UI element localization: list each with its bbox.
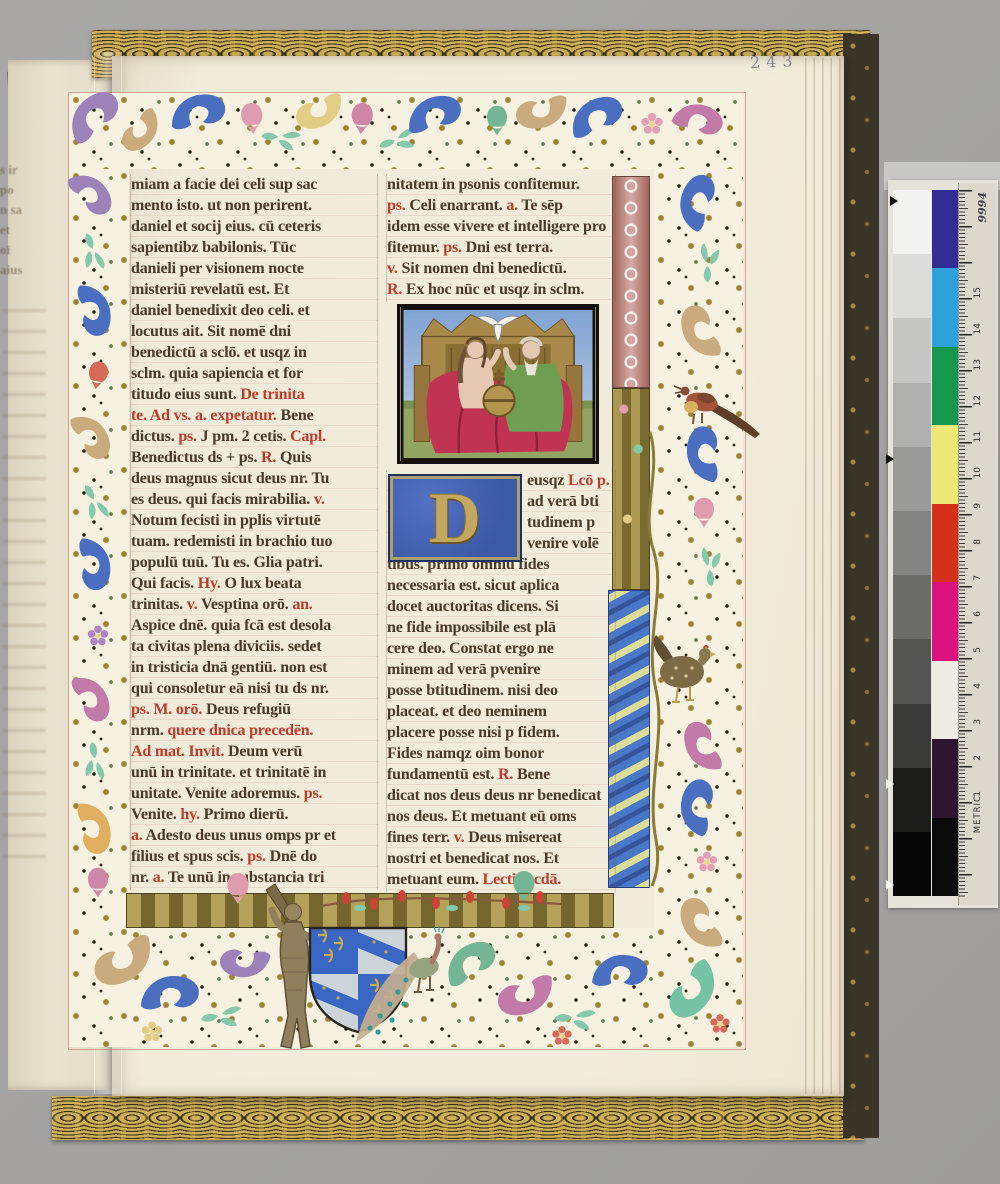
rubric-text: v. [314, 491, 325, 508]
text-column-right-top: nitatem in psonis confitemur.ps. Celi en… [386, 174, 616, 302]
ruler-number: 3 [973, 719, 983, 725]
ruler-number: 7 [973, 575, 983, 581]
folio-number: 243 [750, 51, 799, 73]
manuscript-line: titudo eius sunt. De trinita [131, 384, 377, 405]
manuscript-line: Aspice dnē. quia fcā est desola [131, 615, 377, 636]
rubric-text: a. [131, 827, 143, 844]
manuscript-line: cere deo. Constat ergo ne [387, 638, 615, 659]
ruler-number: 13 [973, 359, 983, 370]
ink-text: Bene [513, 766, 550, 783]
manuscript-line: benedictū a sclō. et usqz in [131, 342, 377, 363]
ink-text: mento isto. ut non perirent. [131, 197, 312, 214]
manuscript-line: te. Ad vs. a. expetatur. Bene [131, 405, 377, 426]
border-band-left [69, 169, 129, 1047]
manuscript-line: nr. a. Te unū in substancia tri [131, 867, 377, 888]
manuscript-line: ps. M. orō. Deus refugiū [131, 699, 377, 720]
manuscript-line: sapientibz babilonis. Tūc [131, 237, 377, 258]
ink-text: dictus. [131, 428, 178, 445]
photograph-of-manuscript: s irpon saetoīaius 243 miam a facie dei … [0, 0, 1000, 1184]
manuscript-line: v. Sit nomen dni benedictū. [387, 258, 615, 279]
color-step [893, 447, 931, 511]
manuscript-line: fitemur. ps. Dni est terra. [387, 237, 615, 258]
ink-text: Fides namqz oim bonor [387, 745, 544, 762]
rubric-text: ps. [178, 428, 197, 445]
manuscript-line: mento isto. ut non perirent. [131, 195, 377, 216]
manuscript-line: qui consoletur eā nisi tu ds nr. [131, 678, 377, 699]
ink-text: sapientibz babilonis. Tūc [131, 239, 296, 256]
manuscript-line: sclm. quia sapiencia et for [131, 363, 377, 384]
ink-text: qui consoletur eā nisi tu ds nr. [131, 680, 329, 697]
manuscript-line: necessaria est. sicut aplica [387, 575, 615, 596]
ruler-number: 14 [973, 323, 983, 334]
manuscript-line: placere posse nisi p fidem. [387, 722, 615, 743]
ink-text: J pm. 2 cetis. [197, 428, 290, 445]
rubric-text: De trinita [240, 386, 304, 403]
rubric-text: a. [153, 869, 165, 886]
ink-text: miam a facie dei celi sup sac [131, 176, 317, 193]
rubric-text: a. [506, 197, 518, 214]
color-step [893, 190, 931, 254]
illuminated-initial-letter: D [429, 482, 481, 554]
bleed-line: n sa [0, 200, 50, 220]
ink-text: fundamentū est. [387, 766, 498, 783]
ink-text: placeat. et deo neminem [387, 703, 547, 720]
ink-text: es deus. qui facis mirabilia. [131, 491, 314, 508]
ink-text: cere deo. Constat ergo ne [387, 640, 554, 657]
manuscript-line: Fides namqz oim bonor [387, 743, 615, 764]
ruler-number: 8 [973, 539, 983, 545]
color-step [893, 704, 931, 768]
color-step [893, 639, 931, 703]
border-band-right [654, 169, 743, 1047]
ink-text: nr. [131, 869, 153, 886]
rubric-text: ps. M. orō. [131, 701, 202, 718]
ink-text: Deus refugiū [202, 701, 291, 718]
color-step [932, 504, 960, 582]
rubric-text: an. [292, 596, 312, 613]
manuscript-line: metuant eum. Lectio scdā. [387, 869, 615, 890]
rubric-text: Ad mat. Invit. [131, 743, 224, 760]
ink-text: Venite. [131, 806, 180, 823]
manuscript-line: docet auctoritas dicens. Si [387, 596, 615, 617]
color-step [932, 190, 960, 268]
color-step [893, 575, 931, 639]
rubric-text: Lectio scdā. [483, 871, 561, 888]
manuscript-line: es deus. qui facis mirabilia. v. [131, 489, 377, 510]
ink-text: tudinem p [527, 514, 595, 531]
rubric-text: ps. [443, 239, 462, 256]
ink-text: placere posse nisi p fidem. [387, 724, 560, 741]
manuscript-line: ta civitas plena diviciis. sedet [131, 636, 377, 657]
manuscript-line: Venite. hy. Primo dierū. [131, 804, 377, 825]
rubric-text: Capl. [290, 428, 326, 445]
ink-text: Quis [276, 449, 311, 466]
ink-text: nrm. [131, 722, 167, 739]
manuscript-line: Qui facis. Hy. O lux beata [131, 573, 377, 594]
rubric-text: R. [261, 449, 276, 466]
ink-text: posse btitudinem. nisi deo [387, 682, 558, 699]
ruler-number: 4 [973, 683, 983, 689]
ruler-number: 2 [973, 755, 983, 761]
ink-text: daniel et socij eius. cū ceteris [131, 218, 321, 235]
ink-text: Primo dierū. [200, 806, 289, 823]
ink-text: docet auctoritas dicens. Si [387, 598, 558, 615]
ink-text: Benedictus ds + ps. [131, 449, 261, 466]
ink-text: nos deus. Et metuant eū oms [387, 808, 576, 825]
manuscript-line: a. Adesto deus unus omps pr et [131, 825, 377, 846]
handwritten-note: 9994 [976, 192, 989, 223]
illuminated-initial-panel: D [388, 474, 522, 562]
ink-text: necessaria est. sicut aplica [387, 577, 559, 594]
color-step [893, 318, 931, 382]
manuscript-line: miam a facie dei celi sup sac [131, 174, 377, 195]
rubric-text: v. [454, 829, 465, 846]
rubric-text: te. Ad vs. a. expetatur. [131, 407, 277, 424]
manuscript-line: ps. Celi enarrant. a. Te sēp [387, 195, 615, 216]
bleed-through-smudge [2, 300, 46, 870]
rubric-text: Hy. [198, 575, 221, 592]
manuscript-line: nos deus. Et metuant eū oms [387, 806, 615, 827]
ink-text: minem ad verā pvenire [387, 661, 540, 678]
ink-text: Dnē do [266, 848, 317, 865]
ink-text: populū tuū. Tu es. Glia patri. [131, 554, 322, 571]
ink-text: titudo eius sunt. [131, 386, 240, 403]
ruler-metric-label: METRIC [973, 795, 983, 833]
ruler-number: 10 [973, 467, 983, 478]
color-step [932, 582, 960, 660]
text-column-left: miam a facie dei celi sup sacmento isto.… [130, 174, 378, 890]
ink-text: sclm. quia sapiencia et for [131, 365, 303, 382]
ruler-major-ticks [959, 190, 972, 898]
bleed-through-text: s irpon saetoīaius [0, 160, 50, 300]
rubric-text: R. [387, 281, 402, 298]
rubric-text: R. [498, 766, 513, 783]
ink-text: unū in trinitate. et trinitatē in [131, 764, 326, 781]
page-stack-edges [798, 58, 846, 1094]
manuscript-line: nostri et benedicat nos. Et [387, 848, 615, 869]
rubric-text: ps. [304, 785, 323, 802]
ink-text: trinitas. [131, 596, 187, 613]
ink-text: Aspice dnē. quia fcā est desola [131, 617, 331, 634]
manuscript-line: populū tuū. Tu es. Glia patri. [131, 552, 377, 573]
ink-text: O lux beata [221, 575, 302, 592]
color-step [893, 832, 931, 896]
ink-text: Adesto deus unus omps pr et [143, 827, 336, 844]
rubric-text: Lcō p. [568, 472, 609, 489]
ruler-number: 15 [973, 287, 983, 298]
color-patch-column [932, 190, 960, 896]
ink-text: Te unū in substancia tri [164, 869, 324, 886]
ink-text: Qui facis. [131, 575, 198, 592]
ink-text: nostri et benedicat nos. Et [387, 850, 559, 867]
ink-text: nitatem in psonis confitemur. [387, 176, 580, 193]
manuscript-line: filius et spus scis. ps. Dnē do [131, 846, 377, 867]
manuscript-line: tuam. redemisti in brachio tuo [131, 531, 377, 552]
gold-filler-block [612, 388, 650, 590]
border-band-bottom [129, 928, 654, 1047]
ink-text: Sit nomen dni benedictū. [398, 260, 567, 277]
gold-bar-ornament [126, 893, 614, 928]
ink-text: filius et spus scis. [131, 848, 247, 865]
manuscript-line: locutus ait. Sit nomē dni [131, 321, 377, 342]
ink-text: Vesptina orō. [198, 596, 293, 613]
manuscript-line: ne fide impossibile est plā [387, 617, 615, 638]
rubric-text: quere dnica precedēn. [167, 722, 313, 739]
manuscript-line: trinitas. v. Vesptina orō. an. [131, 594, 377, 615]
manuscript-line: misteriū revelatū est. Et [131, 279, 377, 300]
color-step [893, 383, 931, 447]
ink-text: Te sēp [518, 197, 563, 214]
manuscript-line: danieli per visionem nocte [131, 258, 377, 279]
color-step [932, 347, 960, 425]
bleed-line: oī [0, 240, 50, 260]
color-step [893, 768, 931, 832]
pink-filler-bar [612, 176, 650, 388]
ink-text: misteriū revelatū est. Et [131, 281, 289, 298]
ink-text: daniel benedixit deo celi. et [131, 302, 310, 319]
color-step [932, 739, 960, 817]
ruler-number: 12 [973, 395, 983, 406]
black-index-arrow [886, 454, 894, 464]
ink-text: Ex hoc nūc et usqz in sclm. [402, 281, 584, 298]
color-step [932, 818, 960, 896]
manuscript-line: unitate. Venite adoremus. ps. [131, 783, 377, 804]
ink-text: Bene [277, 407, 314, 424]
ink-text: Deus misereat [464, 829, 561, 846]
black-index-arrow [890, 196, 898, 206]
ruler-number: 6 [973, 611, 983, 617]
color-step [893, 254, 931, 318]
ink-text: eusqz [527, 472, 568, 489]
ink-text: fines terr. [387, 829, 454, 846]
ink-text: idem esse vivere et intelligere pro [387, 218, 606, 235]
book-cover-right-edge [843, 34, 879, 1138]
manuscript-line: nrm. quere dnica precedēn. [131, 720, 377, 741]
manuscript-line: fines terr. v. Deus misereat [387, 827, 615, 848]
color-step [932, 425, 960, 503]
ink-text: venire volē [527, 535, 599, 552]
manuscript-line: Notum fecisti in pplis virtutē [131, 510, 377, 531]
bleed-line: s ir [0, 160, 50, 180]
white-index-arrow [886, 880, 894, 890]
ruler-number: 11 [973, 431, 983, 442]
miniature-trinity-enthroned [397, 304, 599, 464]
gilded-bottom-edge [52, 1096, 864, 1140]
border-band-top [69, 93, 743, 169]
ink-text: tuam. redemisti in brachio tuo [131, 533, 332, 550]
ruler-number: 5 [973, 647, 983, 653]
bleed-line: aius [0, 260, 50, 280]
manuscript-line: posse btitudinem. nisi deo [387, 680, 615, 701]
ink-text: ta civitas plena diviciis. sedet [131, 638, 321, 655]
color-step [932, 268, 960, 346]
manuscript-line: deus magnus sicut deus nr. Tu [131, 468, 377, 489]
ruler-number: 9 [973, 503, 983, 509]
bleed-line: et [0, 220, 50, 240]
ink-text: ne fide impossibile est plā [387, 619, 556, 636]
manuscript-line: daniel et socij eius. cū ceteris [131, 216, 377, 237]
ink-text: Deum verū [224, 743, 302, 760]
manuscript-line: daniel benedixit deo celi. et [131, 300, 377, 321]
ink-text: unitate. Venite adoremus. [131, 785, 304, 802]
manuscript-line: idem esse vivere et intelligere pro [387, 216, 615, 237]
bleed-line: po [0, 180, 50, 200]
color-step [893, 511, 931, 575]
rubric-text: hy. [180, 806, 199, 823]
manuscript-line: fundamentū est. R. Bene [387, 764, 615, 785]
ink-text: metuant eum. [387, 871, 483, 888]
ink-text: Notum fecisti in pplis virtutē [131, 512, 321, 529]
ink-text: ad verā bti [527, 493, 599, 510]
ink-text: Celi enarrant. [406, 197, 507, 214]
rubric-text: ps. [247, 848, 266, 865]
ink-text: fitemur. [387, 239, 443, 256]
manuscript-line: dictus. ps. J pm. 2 cetis. Capl. [131, 426, 377, 447]
rubric-text: v. [187, 596, 198, 613]
manuscript-line: nitatem in psonis confitemur. [387, 174, 615, 195]
rubric-text: ps. [387, 197, 406, 214]
ink-text: deus magnus sicut deus nr. Tu [131, 470, 329, 487]
manuscript-line: in tristicia dnā gentiū. non est [131, 657, 377, 678]
manuscript-line: Benedictus ds + ps. R. Quis [131, 447, 377, 468]
ink-text: Dni est terra. [462, 239, 553, 256]
manuscript-line: dicat nos deus deus nr benedicat [387, 785, 615, 806]
ink-text: danieli per visionem nocte [131, 260, 304, 277]
manuscript-line: minem ad verā pvenire [387, 659, 615, 680]
ink-text: locutus ait. Sit nomē dni [131, 323, 291, 340]
ink-text: dicat nos deus deus nr benedicat [387, 787, 601, 804]
white-index-arrow [886, 779, 894, 789]
ink-text: benedictū a sclō. et usqz in [131, 344, 307, 361]
manuscript-line: unū in trinitate. et trinitatē in [131, 762, 377, 783]
manuscript-line: R. Ex hoc nūc et usqz in sclm. [387, 279, 615, 300]
rubric-text: v. [387, 260, 398, 277]
color-step [932, 661, 960, 739]
ink-text: in tristicia dnā gentiū. non est [131, 659, 327, 676]
manuscript-line: Ad mat. Invit. Deum verū [131, 741, 377, 762]
gray-scale-column [893, 190, 931, 896]
manuscript-line: placeat. et deo neminem [387, 701, 615, 722]
